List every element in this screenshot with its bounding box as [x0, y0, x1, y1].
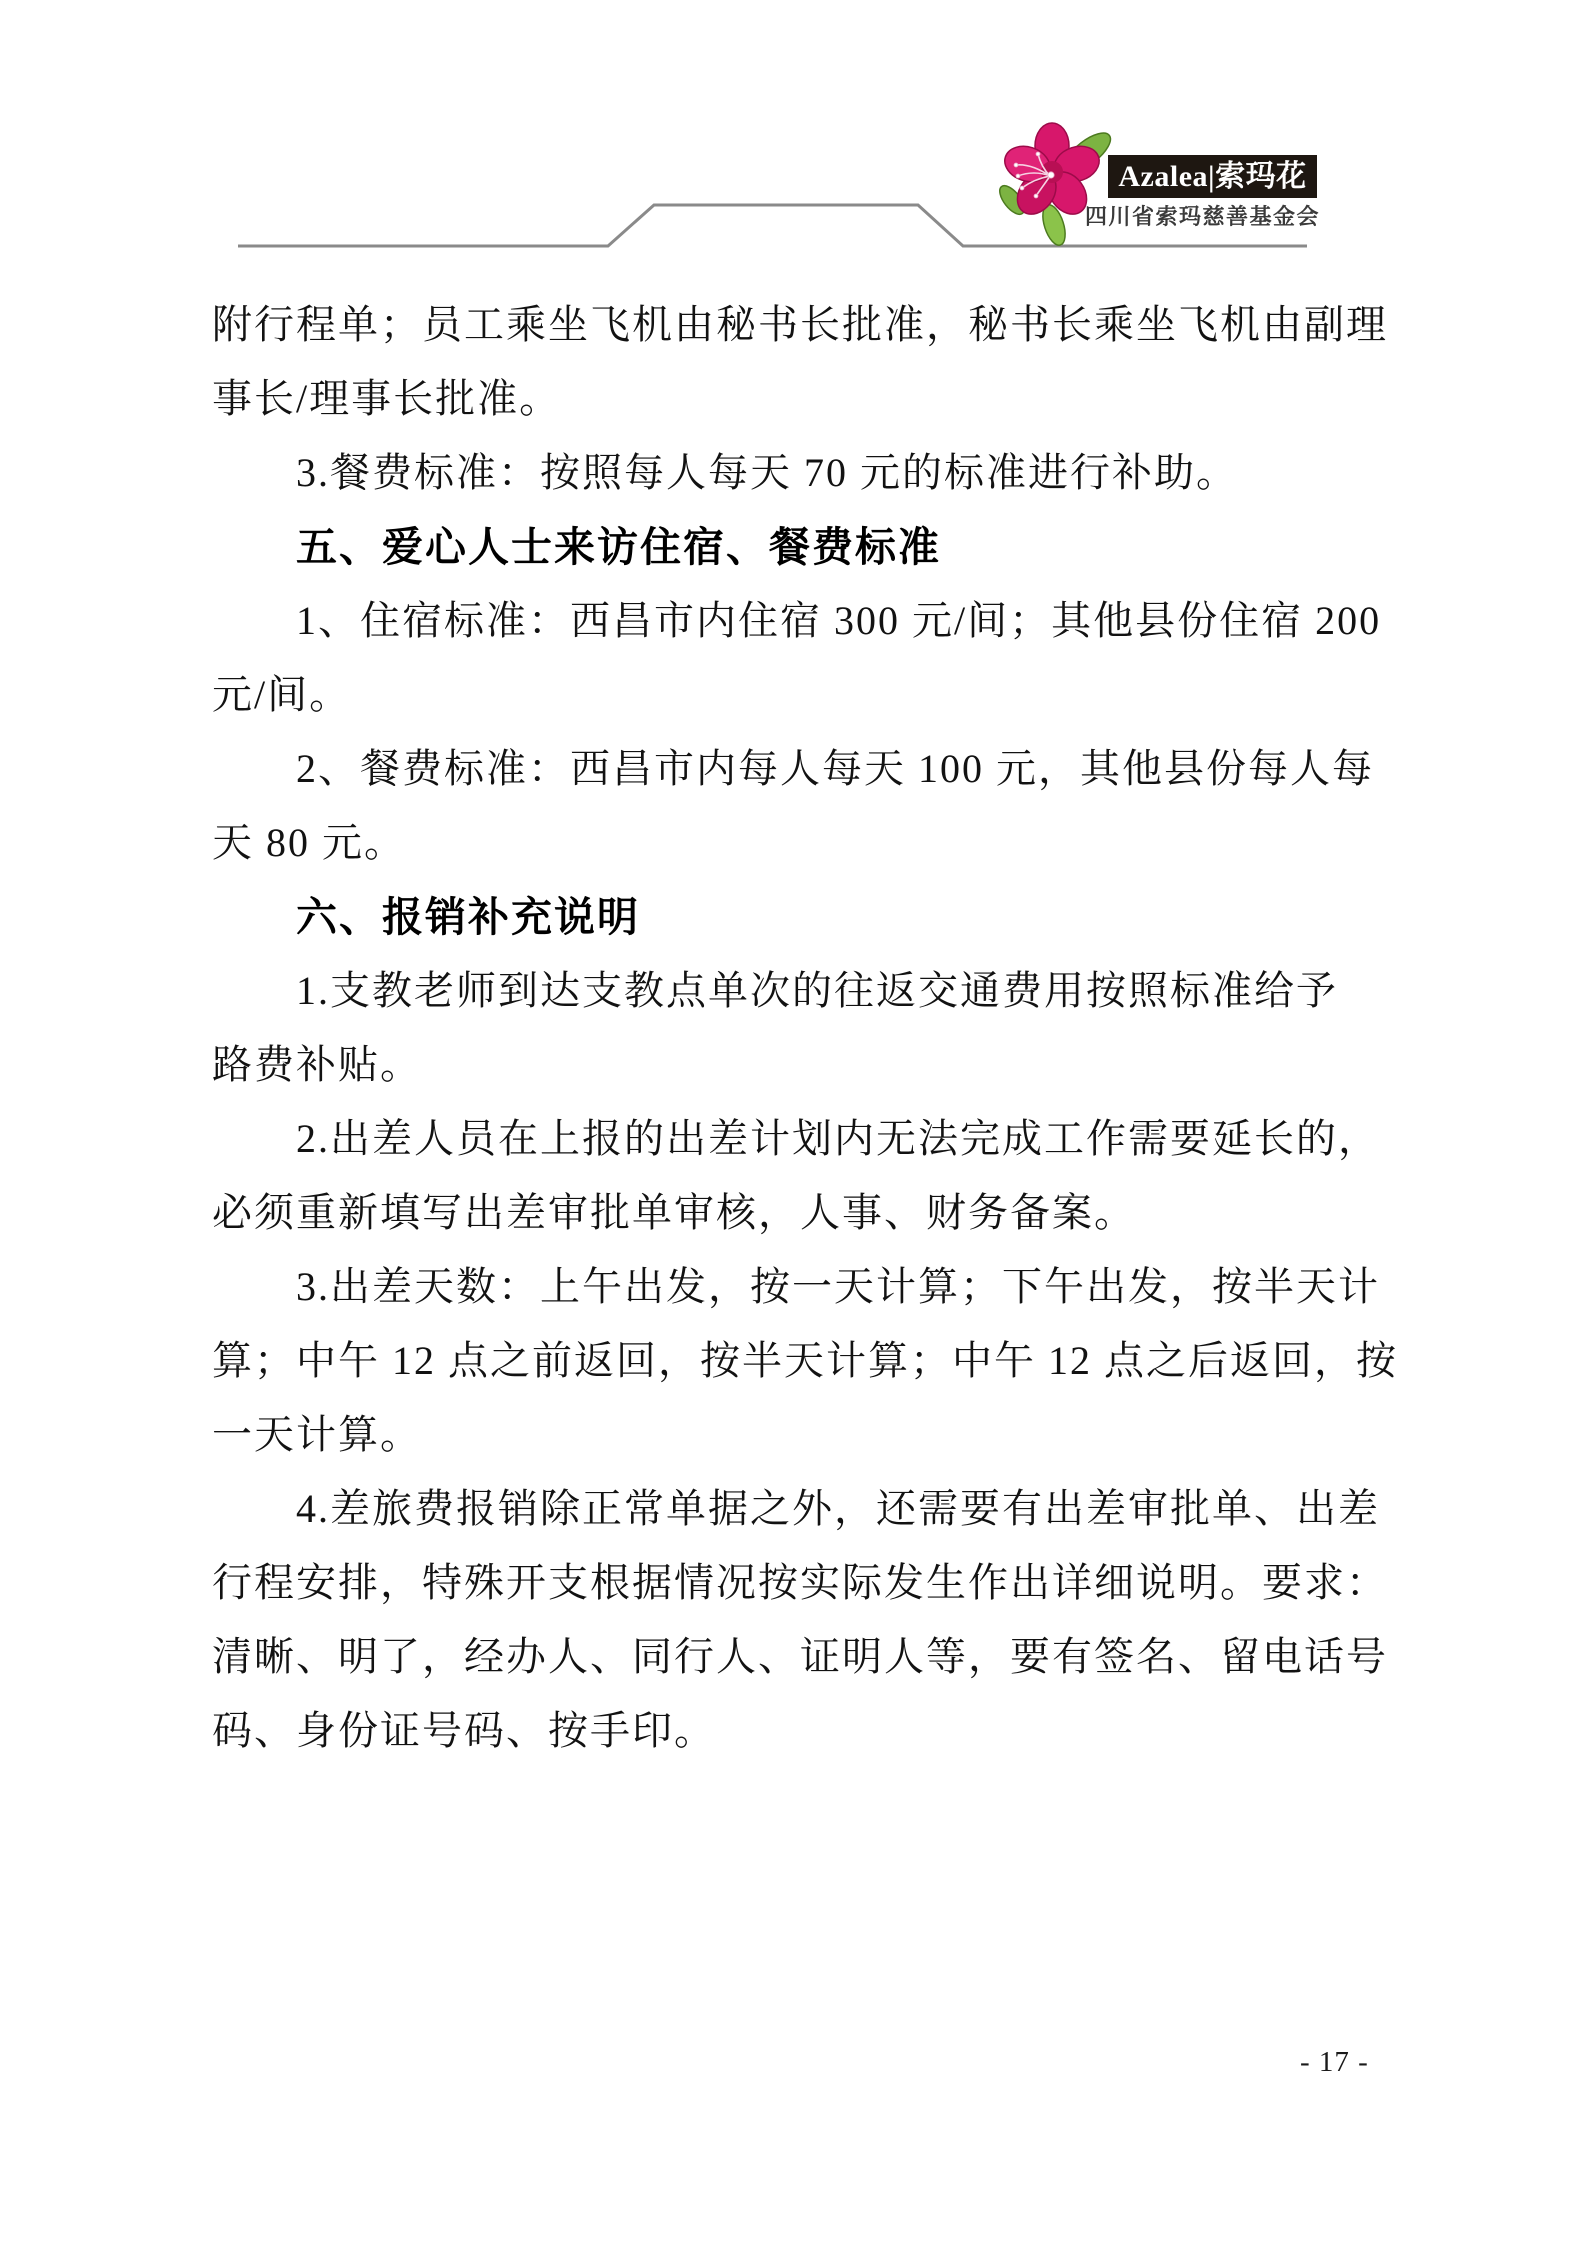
page-number: - 17 -: [1300, 2046, 1369, 2079]
text-line-10: 1.支教老师到达支教点单次的往返交通费用按照标准给予: [212, 954, 1412, 1028]
text-line-14: 3.出差天数：上午出发，按一天计算；下午出发，按半天计: [212, 1250, 1412, 1324]
section-heading-6: 六、报销补充说明: [212, 880, 1412, 954]
text-line-1: 附行程单；员工乘坐飞机由秘书长批准，秘书长乘坐飞机由副理: [212, 288, 1412, 362]
azalea-flower-icon: [996, 110, 1120, 248]
document-page: Azalea|索玛花 四川省索玛慈善基金会: [0, 0, 1587, 2245]
header-divider-line: [0, 0, 1587, 300]
text-line-5: 1、住宿标准：西昌市内住宿 300 元/间；其他县份住宿 200: [212, 584, 1412, 658]
text-line-11: 路费补贴。: [212, 1028, 1412, 1102]
text-line-20: 码、身份证号码、按手印。: [212, 1694, 1412, 1768]
text-line-7: 2、餐费标准：西昌市内每人每天 100 元，其他县份每人每: [212, 732, 1412, 806]
text-line-6: 元/间。: [212, 658, 1412, 732]
text-line-13: 必须重新填写出差审批单审核，人事、财务备案。: [212, 1176, 1412, 1250]
text-line-2: 事长/理事长批准。: [212, 362, 1412, 436]
org-name-text: 四川省索玛慈善基金会: [1085, 200, 1321, 231]
text-line-18: 行程安排，特殊开支根据情况按实际发生作出详细说明。要求：: [212, 1546, 1412, 1620]
text-line-17: 4.差旅费报销除正常单据之外，还需要有出差审批单、出差: [212, 1472, 1412, 1546]
section-heading-5: 五、爱心人士来访住宿、餐费标准: [212, 510, 1412, 584]
document-body: 附行程单；员工乘坐飞机由秘书长批准，秘书长乘坐飞机由副理 事长/理事长批准。 3…: [212, 288, 1412, 1768]
text-line-19: 清晰、明了，经办人、同行人、证明人等，要有签名、留电话号: [212, 1620, 1412, 1694]
logo-brand-box: Azalea|索玛花: [1108, 155, 1317, 198]
text-line-3: 3.餐费标准：按照每人每天 70 元的标准进行补助。: [212, 436, 1412, 510]
logo-brand-text: Azalea|索玛花: [1118, 160, 1306, 193]
text-line-15: 算；中午 12 点之前返回，按半天计算；中午 12 点之后返回，按: [212, 1324, 1412, 1398]
text-line-12: 2.出差人员在上报的出差计划内无法完成工作需要延长的，: [212, 1102, 1412, 1176]
text-line-8: 天 80 元。: [212, 806, 1412, 880]
text-line-16: 一天计算。: [212, 1398, 1412, 1472]
